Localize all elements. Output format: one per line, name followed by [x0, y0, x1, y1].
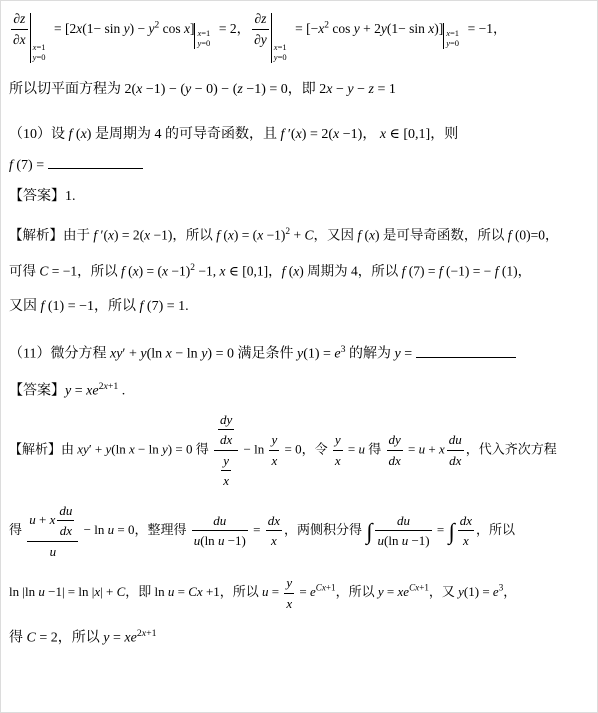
evaluation-bar: x=1y=0 [271, 13, 292, 63]
evaluation-bar: x=1y=0 [443, 23, 464, 49]
problem-11-answer-line: 【答案】y = xe2x+1 . [9, 380, 589, 402]
integral-sign: ∫ [447, 519, 455, 544]
tangent-plane-equation-line: 所以切平面方程为 2(x −1) − (y − 0) − (z −1) = 0，… [9, 79, 589, 100]
problem-11-solution-line-2: 得 u + xdudxu − ln u = 0，整理得 duu(ln u −1)… [9, 501, 589, 562]
problem-11-solution-line-4: 得 C = 2，所以 y = xe2x+1 [9, 627, 589, 649]
answer-blank-underline [416, 344, 516, 358]
problem-10-statement: （10）设 f (x) 是周期为 4 的可导奇函数，且 f ′(x) = 2(x… [9, 124, 589, 145]
problem-10-solution-line-1: 【解析】由于 f ′(x) = 2(x −1)，所以 f (x) = (x −1… [9, 225, 589, 246]
partial-derivatives-evaluation-line: ∂z∂xx=1y=0 = [2x(1− sin y) − y2 cos x]x=… [9, 9, 589, 63]
problem-10-answer-blank-line: f (7) = [9, 155, 589, 176]
problem-11-solution-line-3: ln |ln u −1| = ln |x| + C，即 ln u = Cx +1… [9, 573, 589, 613]
integral-sign: ∫ [365, 519, 373, 544]
evaluation-bar: x=1y=0 [30, 13, 51, 63]
problem-10-solution-line-3: 又因 f (1) = −1，所以 f (7) = 1. [9, 296, 589, 317]
document-page: ∂z∂xx=1y=0 = [2x(1− sin y) − y2 cos x]x=… [0, 0, 598, 713]
problem-11-solution-line-1: 【解析】由 xy′ + y(ln x − ln y) = 0 得 dydxyx … [9, 410, 589, 491]
problem-10-answer-line: 【答案】1. [9, 186, 589, 207]
problem-11-statement: （11）微分方程 xy′ + y(ln x − ln y) = 0 满足条件 y… [9, 343, 589, 365]
answer-blank-underline [48, 155, 143, 169]
evaluation-bar: x=1y=0 [194, 23, 215, 49]
problem-10-solution-line-2: 可得 C = −1，所以 f (x) = (x −1)2 −1, x ∈ [0,… [9, 261, 589, 282]
